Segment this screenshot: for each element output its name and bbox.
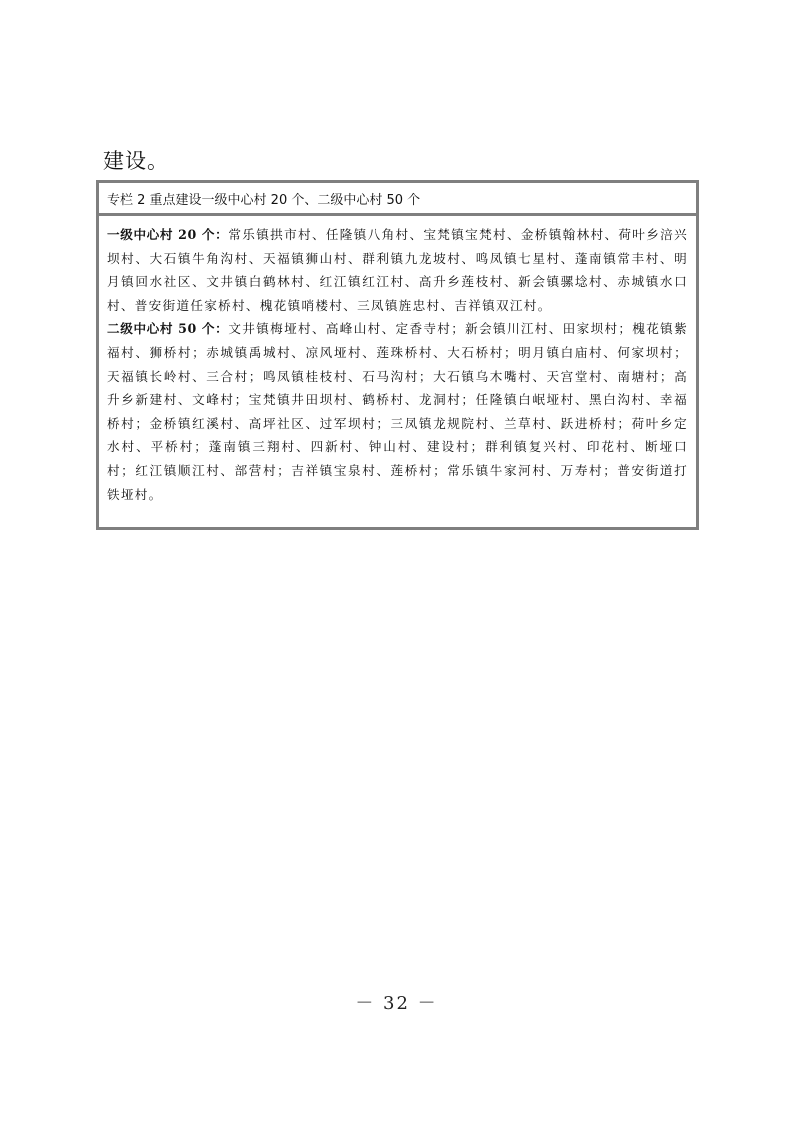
second-level-villages-label: 二级中心村 50 个： bbox=[107, 321, 228, 336]
first-level-villages-paragraph: 一级中心村 20 个：常乐镇拱市村、任隆镇八角村、宝梵镇宝梵村、金桥镇翰林村、荷… bbox=[107, 223, 688, 317]
second-level-villages-list: 文井镇梅垭村、高峰山村、定香寺村；新会镇川江村、田家坝村；槐花镇紫福村、狮桥村；… bbox=[107, 321, 688, 501]
lead-text: 建设。 bbox=[103, 147, 169, 175]
column-body: 一级中心村 20 个：常乐镇拱市村、任隆镇八角村、宝梵镇宝梵村、金桥镇翰林村、荷… bbox=[99, 216, 696, 506]
first-level-villages-label: 一级中心村 20 个： bbox=[107, 227, 228, 242]
second-level-villages-paragraph: 二级中心村 50 个：文井镇梅垭村、高峰山村、定香寺村；新会镇川江村、田家坝村；… bbox=[107, 317, 688, 506]
page-number: － 32 － bbox=[0, 989, 793, 1015]
column-box: 专栏 2 重点建设一级中心村 20 个、二级中心村 50 个 一级中心村 20 … bbox=[96, 180, 699, 530]
column-title: 专栏 2 重点建设一级中心村 20 个、二级中心村 50 个 bbox=[99, 183, 696, 216]
